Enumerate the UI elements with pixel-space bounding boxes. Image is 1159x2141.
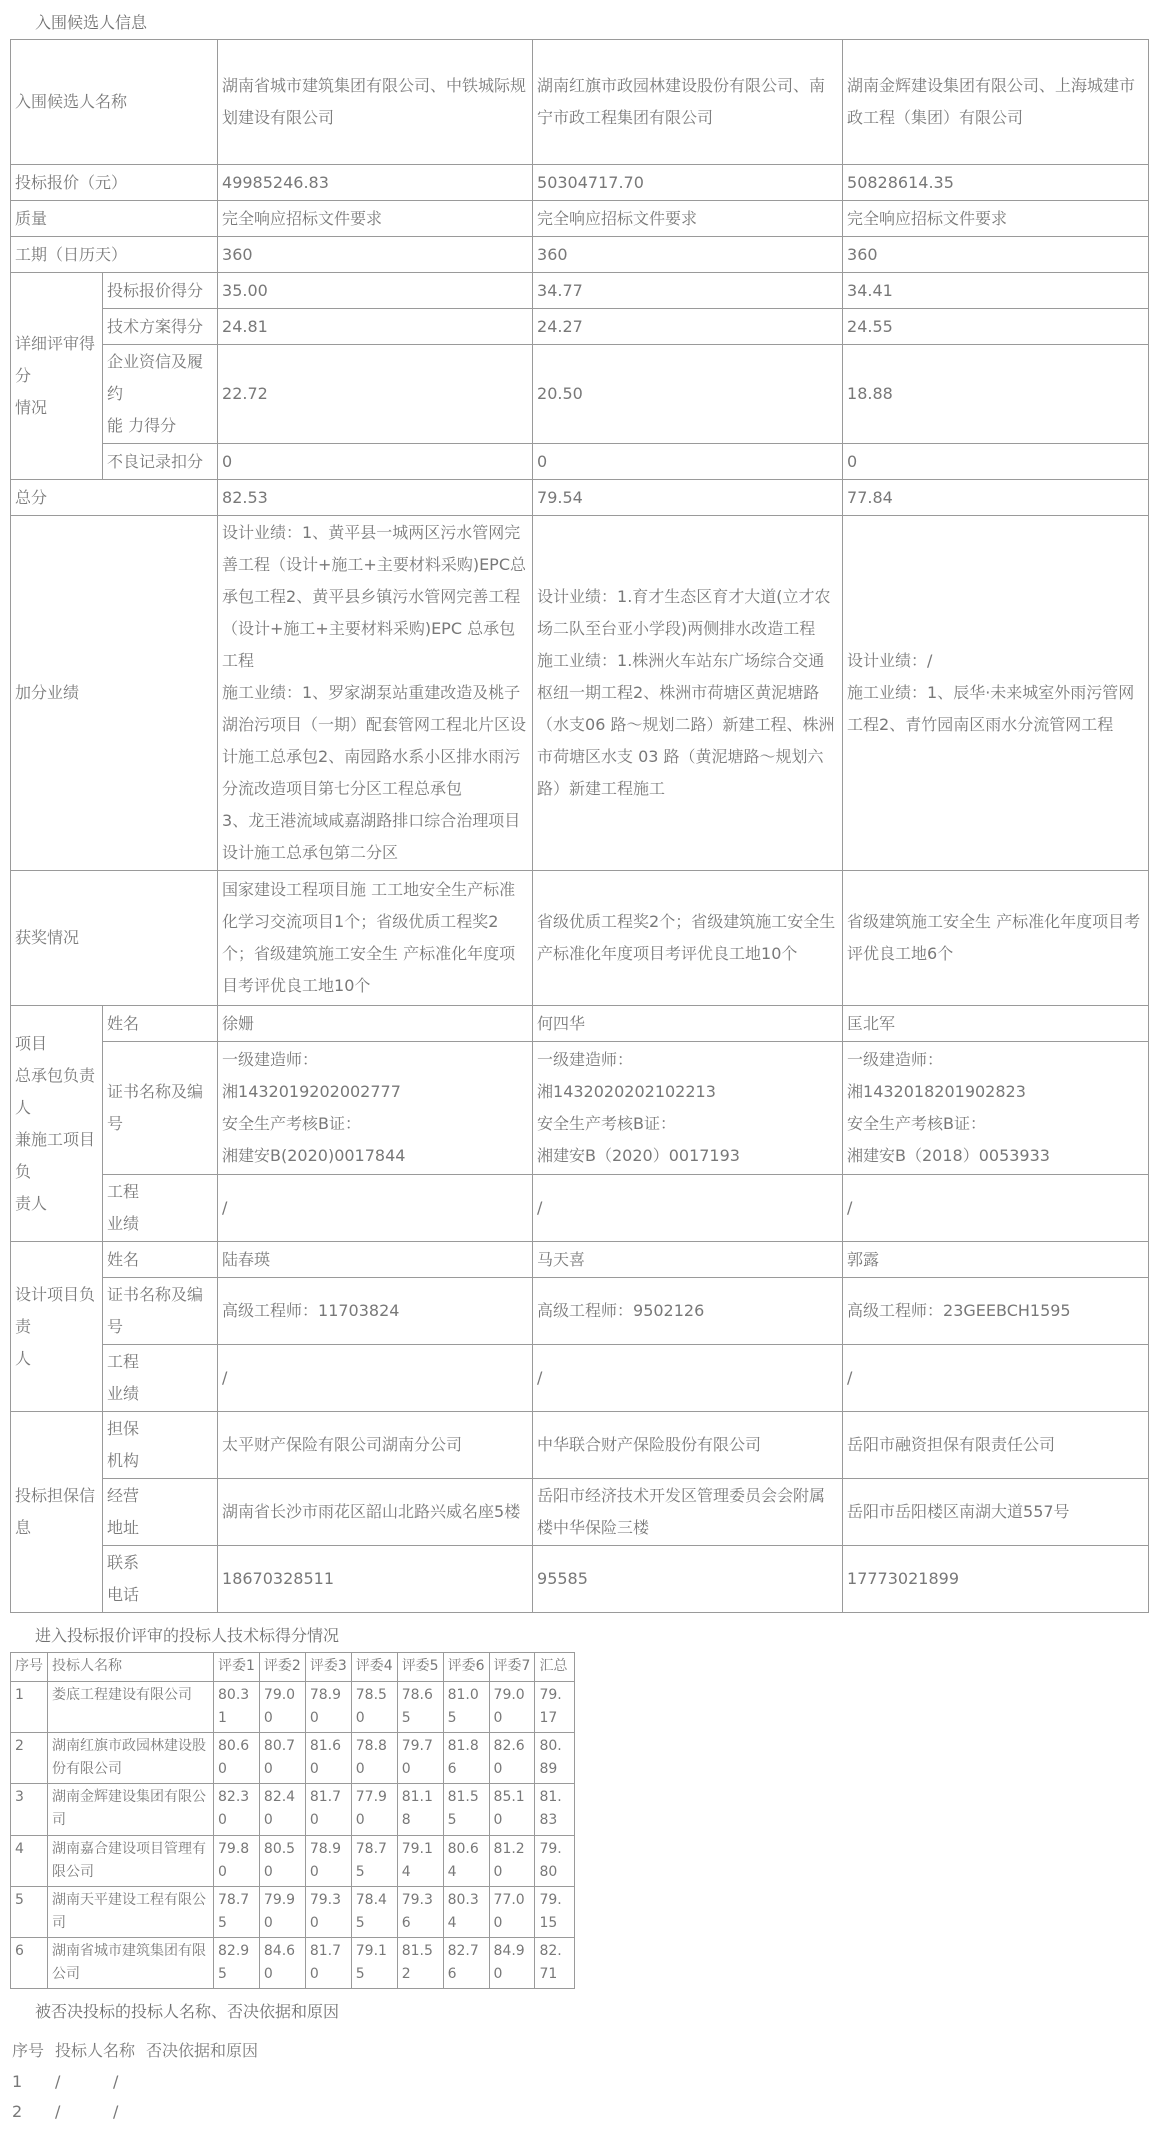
cell-score: 81.18 xyxy=(397,1784,443,1835)
cell-guarantee-phone-3: 17773021899 xyxy=(843,1546,1149,1613)
cell-score-total: 79.80 xyxy=(535,1835,575,1886)
row-price-score: 详细评审得分 情况 投标报价得分 35.00 34.77 34.41 xyxy=(11,273,1149,309)
section-title-tech-scores: 进入投标报价评审的投标人技术标得分情况 xyxy=(35,1623,1159,1646)
cell-score: 79.14 xyxy=(397,1835,443,1886)
cell-price-2: 50304717.70 xyxy=(533,165,843,201)
row-design-name: 设计项目负责 人 姓名 陆春瑛 马天喜 郭露 xyxy=(11,1242,1149,1278)
cell-guarantee-org-2: 中华联合财产保险股份有限公司 xyxy=(533,1412,843,1479)
cell-price-1: 49985246.83 xyxy=(218,165,533,201)
cell-bonus-2: 设计业绩：1.育才生态区育才大道(立才农场二队至台亚小学段)两侧排水改造工程 施… xyxy=(533,516,843,871)
cell-score: 82.30 xyxy=(214,1784,260,1835)
row-quality: 质量 完全响应招标文件要求 完全响应招标文件要求 完全响应招标文件要求 xyxy=(11,201,1149,237)
label-guarantee-address: 经营 地址 xyxy=(103,1479,218,1546)
row-design-performance: 工程 业绩 / / / xyxy=(11,1345,1149,1412)
cell-epc-name-1: 徐姗 xyxy=(218,1006,533,1042)
label-price-score: 投标报价得分 xyxy=(103,273,218,309)
cell-score: 78.80 xyxy=(351,1733,397,1784)
cell-score-total: 79.15 xyxy=(535,1886,575,1937)
header-judge-3: 评委3 xyxy=(305,1653,351,1682)
cell-score: 79.00 xyxy=(489,1682,535,1733)
cell-score: 78.65 xyxy=(397,1682,443,1733)
rejected-row: 2 / / xyxy=(12,2102,1159,2121)
cell-epc-perf-1: / xyxy=(218,1175,533,1242)
cell-score: 79.70 xyxy=(397,1733,443,1784)
cell-tech-score-2: 24.27 xyxy=(533,309,843,345)
cell-bonus-3: 设计业绩：/ 施工业绩：1、辰华·未来城室外雨污管网工程2、青竹园南区雨水分流管… xyxy=(843,516,1149,871)
cell-no: 2 xyxy=(11,1733,48,1784)
cell-price-score-3: 34.41 xyxy=(843,273,1149,309)
cell-score: 78.45 xyxy=(351,1886,397,1937)
cell-guarantee-addr-2: 岳阳市经济技术开发区管理委员会会附属楼中华保险三楼 xyxy=(533,1479,843,1546)
cell-awards-2: 省级优质工程奖2个；省级建筑施工安全生产标准化年度项目考评优良工地10个 xyxy=(533,871,843,1006)
rejected-header-name: 投标人名称 xyxy=(55,2038,146,2061)
cell-design-cert-1: 高级工程师：11703824 xyxy=(218,1278,533,1345)
cell-duration-1: 360 xyxy=(218,237,533,273)
label-guarantee-group: 投标担保信息 xyxy=(11,1412,103,1613)
cell-score: 78.75 xyxy=(214,1886,260,1937)
cell-no: 1 xyxy=(11,1682,48,1733)
rejected-name: / xyxy=(55,2102,113,2121)
label-guarantee-org: 担保 机构 xyxy=(103,1412,218,1479)
header-summary: 汇总 xyxy=(535,1653,575,1682)
cell-score: 79.15 xyxy=(351,1937,397,1988)
cell-awards-1: 国家建设工程项目施 工工地安全生产标准 化学习交流项目1个；省级优质工程奖2个；… xyxy=(218,871,533,1006)
cell-tech-score-1: 24.81 xyxy=(218,309,533,345)
cell-epc-cert-2: 一级建造师： 湘1432020202102213 安全生产考核B证： 湘建安B（… xyxy=(533,1042,843,1175)
cell-design-name-2: 马天喜 xyxy=(533,1242,843,1278)
cell-guarantee-org-3: 岳阳市融资担保有限责任公司 xyxy=(843,1412,1149,1479)
cell-bidder-name: 湖南省城市建筑集团有限公司 xyxy=(48,1937,214,1988)
header-bidder-name: 投标人名称 xyxy=(48,1653,214,1682)
cell-quality-2: 完全响应招标文件要求 xyxy=(533,201,843,237)
cell-awards-3: 省级建筑施工安全生 产标准化年度项目考评优良工地6个 xyxy=(843,871,1149,1006)
score-row: 3 湖南金辉建设集团有限公司 82.30 82.40 81.70 77.90 8… xyxy=(11,1784,575,1835)
cell-bidder-name: 湖南金辉建设集团有限公司 xyxy=(48,1784,214,1835)
cell-score: 79.80 xyxy=(214,1835,260,1886)
cell-design-cert-3: 高级工程师：23GEEBCH1595 xyxy=(843,1278,1149,1345)
score-header-row: 序号 投标人名称 评委1 评委2 评委3 评委4 评委5 评委6 评委7 汇总 xyxy=(11,1653,575,1682)
label-bad-record: 不良记录扣分 xyxy=(103,444,218,480)
cell-score: 81.70 xyxy=(305,1784,351,1835)
score-table: 序号 投标人名称 评委1 评委2 评委3 评委4 评委5 评委6 评委7 汇总 … xyxy=(10,1652,575,1989)
cell-score: 81.05 xyxy=(443,1682,489,1733)
cell-epc-cert-1: 一级建造师： 湘1432019202002777 安全生产考核B证： 湘建安B(… xyxy=(218,1042,533,1175)
cell-score: 85.10 xyxy=(489,1784,535,1835)
cell-score: 81.55 xyxy=(443,1784,489,1835)
cell-score: 80.70 xyxy=(259,1733,305,1784)
label-tech-score: 技术方案得分 xyxy=(103,309,218,345)
cell-quality-3: 完全响应招标文件要求 xyxy=(843,201,1149,237)
cell-credit-score-3: 18.88 xyxy=(843,345,1149,444)
cell-score: 81.86 xyxy=(443,1733,489,1784)
rejected-row: 1 / / xyxy=(12,2072,1159,2091)
cell-score: 80.60 xyxy=(214,1733,260,1784)
row-epc-cert: 证书名称及编号 一级建造师： 湘1432019202002777 安全生产考核B… xyxy=(11,1042,1149,1175)
cell-score-total: 79.17 xyxy=(535,1682,575,1733)
rejected-reason: / xyxy=(113,2102,118,2121)
header-judge-6: 评委6 xyxy=(443,1653,489,1682)
cell-score: 82.40 xyxy=(259,1784,305,1835)
header-judge-2: 评委2 xyxy=(259,1653,305,1682)
candidates-table: 入围候选人名称 湖南省城市建筑集团有限公司、中铁城际规划建设有限公司 湖南红旗市… xyxy=(10,39,1149,1613)
label-design-manager-group: 设计项目负责 人 xyxy=(11,1242,103,1412)
cell-total-3: 77.84 xyxy=(843,480,1149,516)
cell-score-total: 81.83 xyxy=(535,1784,575,1835)
page: 入围候选人信息 入围候选人名称 湖南省城市建筑集团有限公司、中铁城际规划建设有限… xyxy=(0,10,1159,2121)
cell-score: 82.95 xyxy=(214,1937,260,1988)
section-title-rejected: 被否决投标的投标人名称、否决依据和原因 xyxy=(35,1999,1159,2022)
cell-guarantee-phone-2: 95585 xyxy=(533,1546,843,1613)
cell-design-perf-1: / xyxy=(218,1345,533,1412)
cell-score: 79.00 xyxy=(259,1682,305,1733)
cell-candidate-3: 湖南金辉建设集团有限公司、上海城建市政工程（集团）有限公司 xyxy=(843,40,1149,165)
cell-design-perf-2: / xyxy=(533,1345,843,1412)
rejected-name: / xyxy=(55,2072,113,2091)
cell-tech-score-3: 24.55 xyxy=(843,309,1149,345)
cell-bidder-name: 湖南天平建设工程有限公司 xyxy=(48,1886,214,1937)
header-judge-1: 评委1 xyxy=(214,1653,260,1682)
label-quality: 质量 xyxy=(11,201,218,237)
row-guarantee-org: 投标担保信息 担保 机构 太平财产保险有限公司湖南分公司 中华联合财产保险股份有… xyxy=(11,1412,1149,1479)
row-total-score: 总分 82.53 79.54 77.84 xyxy=(11,480,1149,516)
cell-bonus-1: 设计业绩：1、黄平县一城两区污水管网完善工程（设计+施工+主要材料采购)EPC总… xyxy=(218,516,533,871)
cell-score: 82.76 xyxy=(443,1937,489,1988)
cell-design-name-1: 陆春瑛 xyxy=(218,1242,533,1278)
cell-guarantee-org-1: 太平财产保险有限公司湖南分公司 xyxy=(218,1412,533,1479)
cell-score: 81.70 xyxy=(305,1937,351,1988)
label-bonus-performance: 加分业绩 xyxy=(11,516,218,871)
cell-duration-2: 360 xyxy=(533,237,843,273)
row-bad-record: 不良记录扣分 0 0 0 xyxy=(11,444,1149,480)
cell-no: 4 xyxy=(11,1835,48,1886)
label-epc-performance: 工程 业绩 xyxy=(103,1175,218,1242)
cell-total-1: 82.53 xyxy=(218,480,533,516)
label-bid-price: 投标报价（元） xyxy=(11,165,218,201)
label-design-cert: 证书名称及编号 xyxy=(103,1278,218,1345)
label-design-performance: 工程 业绩 xyxy=(103,1345,218,1412)
cell-design-name-3: 郭露 xyxy=(843,1242,1149,1278)
cell-quality-1: 完全响应招标文件要求 xyxy=(218,201,533,237)
cell-score: 79.90 xyxy=(259,1886,305,1937)
label-duration: 工期（日历天） xyxy=(11,237,218,273)
cell-score: 79.30 xyxy=(305,1886,351,1937)
label-epc-manager-group: 项目 总承包负责人 兼施工项目负 责人 xyxy=(11,1006,103,1242)
row-guarantee-address: 经营 地址 湖南省长沙市雨花区韶山北路兴威名座5楼 岳阳市经济技术开发区管理委员… xyxy=(11,1479,1149,1546)
row-credit-score: 企业资信及履约 能 力得分 22.72 20.50 18.88 xyxy=(11,345,1149,444)
row-awards: 获奖情况 国家建设工程项目施 工工地安全生产标准 化学习交流项目1个；省级优质工… xyxy=(11,871,1149,1006)
header-judge-4: 评委4 xyxy=(351,1653,397,1682)
cell-score: 79.36 xyxy=(397,1886,443,1937)
cell-epc-perf-2: / xyxy=(533,1175,843,1242)
cell-candidate-2: 湖南红旗市政园林建设股份有限公司、南宁市政工程集团有限公司 xyxy=(533,40,843,165)
score-row: 1 娄底工程建设有限公司 80.31 79.00 78.90 78.50 78.… xyxy=(11,1682,575,1733)
label-total-score: 总分 xyxy=(11,480,218,516)
rejected-no: 1 xyxy=(12,2072,55,2091)
cell-bidder-name: 娄底工程建设有限公司 xyxy=(48,1682,214,1733)
cell-credit-score-2: 20.50 xyxy=(533,345,843,444)
rejected-reason: / xyxy=(113,2072,118,2091)
header-judge-5: 评委5 xyxy=(397,1653,443,1682)
cell-epc-name-2: 何四华 xyxy=(533,1006,843,1042)
cell-score: 78.50 xyxy=(351,1682,397,1733)
row-epc-name: 项目 总承包负责人 兼施工项目负 责人 姓名 徐姗 何四华 匡北军 xyxy=(11,1006,1149,1042)
cell-bad-record-1: 0 xyxy=(218,444,533,480)
cell-score: 78.75 xyxy=(351,1835,397,1886)
cell-bad-record-3: 0 xyxy=(843,444,1149,480)
cell-total-2: 79.54 xyxy=(533,480,843,516)
header-judge-7: 评委7 xyxy=(489,1653,535,1682)
cell-duration-3: 360 xyxy=(843,237,1149,273)
cell-score: 84.90 xyxy=(489,1937,535,1988)
cell-score: 77.00 xyxy=(489,1886,535,1937)
row-design-cert: 证书名称及编号 高级工程师：11703824 高级工程师：9502126 高级工… xyxy=(11,1278,1149,1345)
score-row: 6 湖南省城市建筑集团有限公司 82.95 84.60 81.70 79.15 … xyxy=(11,1937,575,1988)
cell-credit-score-1: 22.72 xyxy=(218,345,533,444)
cell-guarantee-phone-1: 18670328511 xyxy=(218,1546,533,1613)
cell-score: 78.90 xyxy=(305,1682,351,1733)
row-candidate-names: 入围候选人名称 湖南省城市建筑集团有限公司、中铁城际规划建设有限公司 湖南红旗市… xyxy=(11,40,1149,165)
score-row: 5 湖南天平建设工程有限公司 78.75 79.90 79.30 78.45 7… xyxy=(11,1886,575,1937)
section-title-candidates: 入围候选人信息 xyxy=(35,10,1159,33)
cell-no: 5 xyxy=(11,1886,48,1937)
cell-price-score-1: 35.00 xyxy=(218,273,533,309)
label-epc-name: 姓名 xyxy=(103,1006,218,1042)
score-row: 2 湖南红旗市政园林建设股份有限公司 80.60 80.70 81.60 78.… xyxy=(11,1733,575,1784)
cell-score-total: 82.71 xyxy=(535,1937,575,1988)
cell-bad-record-2: 0 xyxy=(533,444,843,480)
cell-score: 80.50 xyxy=(259,1835,305,1886)
label-design-name: 姓名 xyxy=(103,1242,218,1278)
cell-candidate-1: 湖南省城市建筑集团有限公司、中铁城际规划建设有限公司 xyxy=(218,40,533,165)
rejected-header-reason: 否决依据和原因 xyxy=(146,2038,258,2061)
cell-score-total: 80.89 xyxy=(535,1733,575,1784)
cell-no: 3 xyxy=(11,1784,48,1835)
cell-score: 81.20 xyxy=(489,1835,535,1886)
cell-epc-cert-3: 一级建造师： 湘1432018201902823 安全生产考核B证： 湘建安B（… xyxy=(843,1042,1149,1175)
cell-no: 6 xyxy=(11,1937,48,1988)
cell-design-cert-2: 高级工程师：9502126 xyxy=(533,1278,843,1345)
cell-bidder-name: 湖南红旗市政园林建设股份有限公司 xyxy=(48,1733,214,1784)
row-tech-score: 技术方案得分 24.81 24.27 24.55 xyxy=(11,309,1149,345)
cell-score: 80.64 xyxy=(443,1835,489,1886)
cell-score: 80.34 xyxy=(443,1886,489,1937)
cell-score: 81.60 xyxy=(305,1733,351,1784)
cell-score: 84.60 xyxy=(259,1937,305,1988)
row-bonus-performance: 加分业绩 设计业绩：1、黄平县一城两区污水管网完善工程（设计+施工+主要材料采购… xyxy=(11,516,1149,871)
cell-score: 77.90 xyxy=(351,1784,397,1835)
row-duration: 工期（日历天） 360 360 360 xyxy=(11,237,1149,273)
cell-price-score-2: 34.77 xyxy=(533,273,843,309)
label-candidate-names: 入围候选人名称 xyxy=(11,40,218,165)
score-row: 4 湖南嘉合建设项目管理有限公司 79.80 80.50 78.90 78.75… xyxy=(11,1835,575,1886)
cell-score: 78.90 xyxy=(305,1835,351,1886)
cell-score: 82.60 xyxy=(489,1733,535,1784)
label-awards: 获奖情况 xyxy=(11,871,218,1006)
cell-bidder-name: 湖南嘉合建设项目管理有限公司 xyxy=(48,1835,214,1886)
cell-design-perf-3: / xyxy=(843,1345,1149,1412)
cell-score: 80.31 xyxy=(214,1682,260,1733)
label-epc-cert: 证书名称及编号 xyxy=(103,1042,218,1175)
header-no: 序号 xyxy=(11,1653,48,1682)
cell-score: 81.52 xyxy=(397,1937,443,1988)
label-detail-review-group: 详细评审得分 情况 xyxy=(11,273,103,480)
cell-price-3: 50828614.35 xyxy=(843,165,1149,201)
row-epc-performance: 工程 业绩 / / / xyxy=(11,1175,1149,1242)
rejected-header-row: 序号 投标人名称 否决依据和原因 xyxy=(12,2038,1159,2061)
row-bid-price: 投标报价（元） 49985246.83 50304717.70 50828614… xyxy=(11,165,1149,201)
cell-guarantee-addr-1: 湖南省长沙市雨花区韶山北路兴威名座5楼 xyxy=(218,1479,533,1546)
rejected-header-no: 序号 xyxy=(12,2038,55,2061)
rejected-no: 2 xyxy=(12,2102,55,2121)
row-guarantee-phone: 联系 电话 18670328511 95585 17773021899 xyxy=(11,1546,1149,1613)
cell-epc-perf-3: / xyxy=(843,1175,1149,1242)
cell-guarantee-addr-3: 岳阳市岳阳楼区南湖大道557号 xyxy=(843,1479,1149,1546)
label-guarantee-phone: 联系 电话 xyxy=(103,1546,218,1613)
rejected-table: 序号 投标人名称 否决依据和原因 1 / / 2 / / xyxy=(12,2038,1159,2121)
label-credit-score: 企业资信及履约 能 力得分 xyxy=(103,345,218,444)
cell-epc-name-3: 匡北军 xyxy=(843,1006,1149,1042)
